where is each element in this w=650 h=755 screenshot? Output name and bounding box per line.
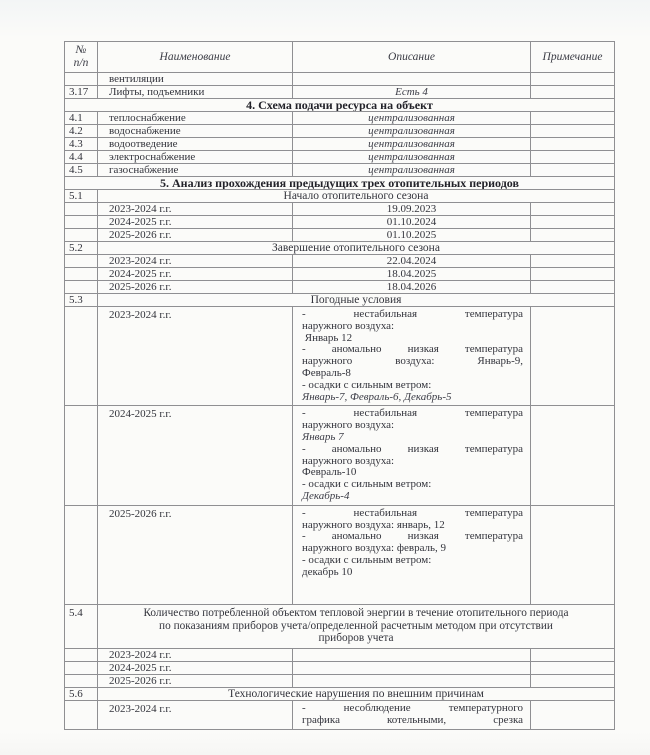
- cell-desc: 18.04.2026: [293, 281, 531, 294]
- cell-name: вентиляции: [98, 73, 293, 86]
- table-row: 2025-2026 г.г.- нестабильная температура…: [65, 505, 615, 604]
- weather-lines-cell: - нестабильная температуранаружного возд…: [293, 307, 531, 406]
- cell-num: 5.1: [65, 190, 98, 203]
- cell-note: [531, 216, 615, 229]
- table-row: 2023-2024 г.г.: [65, 648, 615, 661]
- table-row: 4.5газоснабжениецентрализованная: [65, 164, 615, 177]
- table-row: 2024-2025 г.г.- нестабильная температура…: [65, 406, 615, 505]
- col-header-name: Наименование: [98, 42, 293, 73]
- cell-note: [531, 73, 615, 86]
- text-line: [302, 590, 523, 602]
- section-header-cell: 5. Анализ прохождения предыдущих трех от…: [65, 177, 615, 190]
- cell-name: 2024-2025 г.г.: [98, 268, 293, 281]
- table-row: 4.1теплоснабжениецентрализованная: [65, 112, 615, 125]
- col-header-desc: Описание: [293, 42, 531, 73]
- document-table: № п/п Наименование Описание Примечание в…: [64, 41, 615, 730]
- cell-name: 2023-2024 г.г.: [98, 307, 293, 406]
- cell-name: 2025-2026 г.г.: [98, 505, 293, 604]
- text-line: - осадки с сильным ветром:: [302, 555, 523, 567]
- cell-num: 4.1: [65, 112, 98, 125]
- text-line: - нестабильная температура: [302, 508, 523, 520]
- cell-num: [65, 229, 98, 242]
- cell-num: [65, 406, 98, 505]
- text-line: графика котельными, срезка: [302, 715, 523, 727]
- block-text-cell: Количество потребленной объектом теплово…: [98, 605, 615, 649]
- text-line: Январь-7, Февраль-6, Декабрь-5: [302, 392, 523, 404]
- table-row: 5.2Завершение отопительного сезона: [65, 242, 615, 255]
- cell-desc: [293, 661, 531, 674]
- cell-num: [65, 674, 98, 687]
- table-row: вентиляции: [65, 73, 615, 86]
- table-row: 2024-2025 г.г.18.04.2025: [65, 268, 615, 281]
- text-line: Январь 7: [302, 432, 523, 444]
- cell-desc: 19.09.2023: [293, 203, 531, 216]
- cell-num: 4.4: [65, 151, 98, 164]
- cell-desc: 01.10.2025: [293, 229, 531, 242]
- cell-num: 5.3: [65, 294, 98, 307]
- cell-name: 2024-2025 г.г.: [98, 661, 293, 674]
- cell-desc: централизованная: [293, 125, 531, 138]
- cell-desc: [293, 674, 531, 687]
- table-row: 2025-2026 г.г.18.04.2026: [65, 281, 615, 294]
- table-row: 3.17Лифты, подъемникиЕсть 4: [65, 86, 615, 99]
- cell-num: 5.6: [65, 687, 98, 700]
- cell-note: [531, 164, 615, 177]
- cell-note: [531, 648, 615, 661]
- table-row: 2023-2024 г.г.- нестабильная температура…: [65, 307, 615, 406]
- cell-note: [531, 86, 615, 99]
- col-header-num: № п/п: [65, 42, 98, 73]
- cell-note: [531, 255, 615, 268]
- cell-name: 2025-2026 г.г.: [98, 281, 293, 294]
- cell-name: 2024-2025 г.г.: [98, 406, 293, 505]
- cell-name: 2023-2024 г.г.: [98, 203, 293, 216]
- weather-lines-cell: - несоблюдение температурногографика кот…: [293, 700, 531, 729]
- table-row: 2024-2025 г.г.: [65, 661, 615, 674]
- cell-num: 4.2: [65, 125, 98, 138]
- text-line: наружного воздуха:: [302, 321, 523, 333]
- cell-note: [531, 151, 615, 164]
- table-row: 2023-2024 г.г.19.09.2023: [65, 203, 615, 216]
- cell-num: [65, 216, 98, 229]
- cell-num: [65, 505, 98, 604]
- table-row: 5.6Технологические нарушения по внешним …: [65, 687, 615, 700]
- text-line: декабрь 10: [302, 567, 523, 579]
- cell-desc: централизованная: [293, 164, 531, 177]
- text-line: Февраль-8: [302, 368, 523, 380]
- section-header-cell: 4. Схема подачи ресурса на объект: [65, 99, 615, 112]
- cell-note: [531, 406, 615, 505]
- cell-name: Лифты, подъемники: [98, 86, 293, 99]
- cell-num: [65, 73, 98, 86]
- weather-lines-cell: - нестабильная температуранаружного возд…: [293, 406, 531, 505]
- cell-name: 2023-2024 г.г.: [98, 648, 293, 661]
- cell-note: [531, 125, 615, 138]
- table-row: 2023-2024 г.г.- несоблюдение температурн…: [65, 700, 615, 729]
- text-line: по показаниям приборов учета/определенно…: [100, 620, 612, 633]
- cell-name: теплоснабжение: [98, 112, 293, 125]
- cell-name: 2024-2025 г.г.: [98, 216, 293, 229]
- subsection-title-cell: Погодные условия: [98, 294, 615, 307]
- table-row: 2025-2026 г.г.01.10.2025: [65, 229, 615, 242]
- cell-desc: 22.04.2024: [293, 255, 531, 268]
- table-row: 5. Анализ прохождения предыдущих трех от…: [65, 177, 615, 190]
- subsection-title-cell: Технологические нарушения по внешним при…: [98, 687, 615, 700]
- cell-num: [65, 268, 98, 281]
- cell-num: 4.3: [65, 138, 98, 151]
- text-line: приборов учета: [100, 632, 612, 645]
- table-row: 2023-2024 г.г.22.04.2024: [65, 255, 615, 268]
- cell-num: 3.17: [65, 86, 98, 99]
- text-line: - осадки с сильным ветром:: [302, 380, 523, 392]
- cell-num: [65, 661, 98, 674]
- text-line: [302, 579, 523, 591]
- cell-name: 2025-2026 г.г.: [98, 674, 293, 687]
- table-row: 2024-2025 г.г.01.10.2024: [65, 216, 615, 229]
- cell-desc: централизованная: [293, 138, 531, 151]
- cell-note: [531, 700, 615, 729]
- cell-num: [65, 203, 98, 216]
- cell-desc: централизованная: [293, 112, 531, 125]
- cell-num: [65, 700, 98, 729]
- cell-desc: Есть 4: [293, 86, 531, 99]
- cell-num: [65, 255, 98, 268]
- cell-note: [531, 505, 615, 604]
- cell-name: водоотведение: [98, 138, 293, 151]
- subsection-title-cell: Завершение отопительного сезона: [98, 242, 615, 255]
- cell-num: [65, 281, 98, 294]
- cell-note: [531, 281, 615, 294]
- cell-note: [531, 229, 615, 242]
- cell-desc: [293, 648, 531, 661]
- cell-note: [531, 203, 615, 216]
- cell-name: 2023-2024 г.г.: [98, 700, 293, 729]
- cell-name: 2025-2026 г.г.: [98, 229, 293, 242]
- cell-desc: 18.04.2025: [293, 268, 531, 281]
- cell-note: [531, 112, 615, 125]
- table-row: 2025-2026 г.г.: [65, 674, 615, 687]
- weather-lines-cell: - нестабильная температуранаружного возд…: [293, 505, 531, 604]
- cell-note: [531, 661, 615, 674]
- cell-num: [65, 648, 98, 661]
- text-line: - аномально низкая температура: [302, 444, 523, 456]
- text-line: - несоблюдение температурного: [302, 703, 523, 715]
- table-row: 4.3водоотведениецентрализованная: [65, 138, 615, 151]
- cell-num: 4.5: [65, 164, 98, 177]
- table-row: 4. Схема подачи ресурса на объект: [65, 99, 615, 112]
- table-header-row: № п/п Наименование Описание Примечание: [65, 42, 615, 73]
- cell-desc: централизованная: [293, 151, 531, 164]
- table-row: 4.4электроснабжениецентрализованная: [65, 151, 615, 164]
- table-row: 4.2водоснабжениецентрализованная: [65, 125, 615, 138]
- cell-name: водоснабжение: [98, 125, 293, 138]
- cell-note: [531, 268, 615, 281]
- cell-note: [531, 138, 615, 151]
- cell-name: электроснабжение: [98, 151, 293, 164]
- table-row: 5.3Погодные условия: [65, 294, 615, 307]
- text-line: Количество потребленной объектом теплово…: [100, 607, 612, 620]
- cell-name: 2023-2024 г.г.: [98, 255, 293, 268]
- cell-name: газоснабжение: [98, 164, 293, 177]
- cell-note: [531, 674, 615, 687]
- subsection-title-cell: Начало отопительного сезона: [98, 190, 615, 203]
- cell-num: [65, 307, 98, 406]
- cell-note: [531, 307, 615, 406]
- document-page: № п/п Наименование Описание Примечание в…: [0, 0, 650, 755]
- cell-desc: 01.10.2024: [293, 216, 531, 229]
- table-row: 5.4Количество потребленной объектом тепл…: [65, 605, 615, 649]
- table-row: 5.1Начало отопительного сезона: [65, 190, 615, 203]
- cell-num: 5.2: [65, 242, 98, 255]
- cell-desc: [293, 73, 531, 86]
- cell-num: 5.4: [65, 605, 98, 649]
- text-line: Декабрь-4: [302, 491, 523, 503]
- col-header-note: Примечание: [531, 42, 615, 73]
